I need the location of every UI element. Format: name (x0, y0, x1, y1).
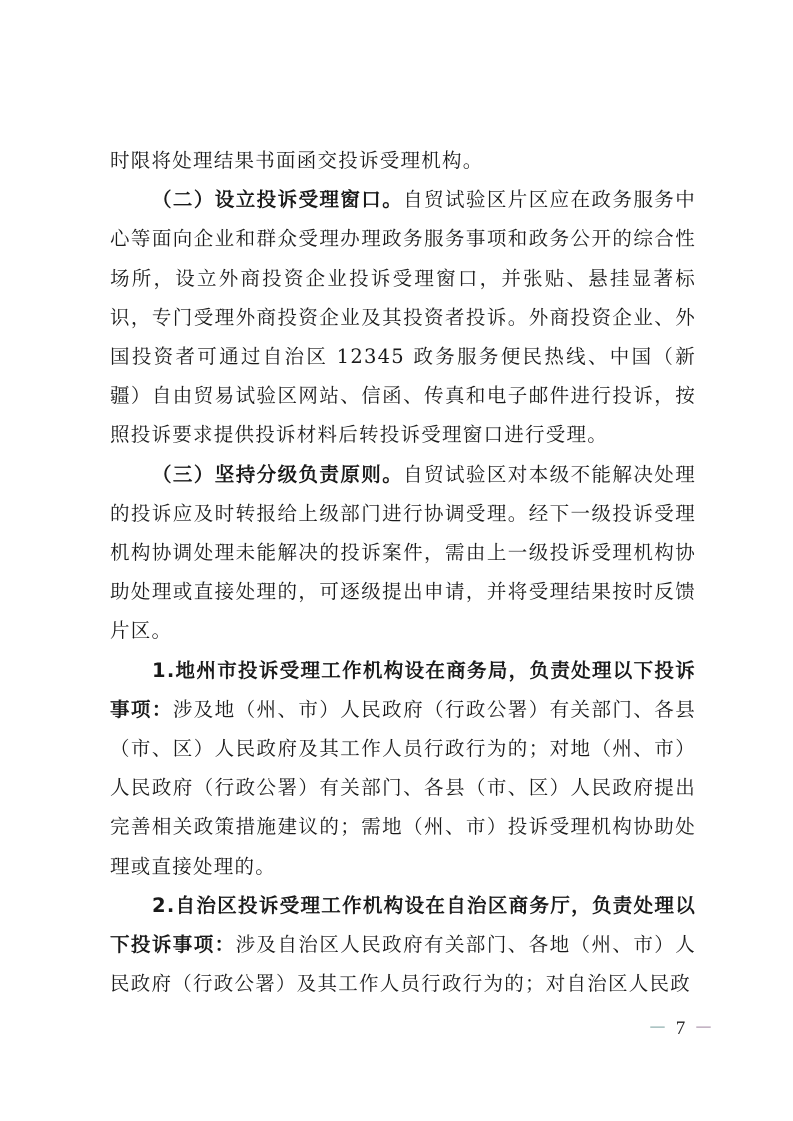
document-page: 时限将处理结果书面函交投诉受理机构。 （二）设立投诉受理窗口。自贸试验区片区应在… (0, 0, 793, 1121)
page-number-dash-left: － (648, 1018, 669, 1039)
paragraph-tiered-responsibility: （三）坚持分级负责原则。自贸试验区对本级不能解决处理的投诉应及时转报给上级部门进… (110, 455, 696, 651)
paragraph-prefecture-agency: 1.地州市投诉受理工作机构设在商务局，负责处理以下投诉事项：涉及地（州、市）人民… (110, 651, 696, 886)
paragraph-autonomous-region-agency: 2.自治区投诉受理工作机构设在自治区商务厅，负责处理以下投诉事项：涉及自治区人民… (110, 886, 696, 1004)
page-number-dash-right: － (694, 1018, 715, 1039)
paragraph-text: 自贸试验区片区应在政务服务中心等面向企业和群众受理办理政务服务事项和政务公开的综… (110, 188, 696, 446)
paragraph-complaint-window: （二）设立投诉受理窗口。自贸试验区片区应在政务服务中心等面向企业和群众受理办理政… (110, 180, 696, 454)
page-number: － 7 － (648, 1013, 715, 1040)
page-number-value: 7 (676, 1018, 688, 1039)
section-heading: （三）坚持分级负责原则。 (152, 463, 403, 486)
document-body: 时限将处理结果书面函交投诉受理机构。 （二）设立投诉受理窗口。自贸试验区片区应在… (110, 141, 696, 1003)
paragraph-text: 自贸试验区对本级不能解决处理的投诉应及时转报给上级部门进行协调受理。经下一级投诉… (110, 463, 696, 643)
paragraph-text: 时限将处理结果书面函交投诉受理机构。 (110, 149, 484, 172)
section-heading: （二）设立投诉受理窗口。 (152, 188, 403, 211)
paragraph-text: 涉及地（州、市）人民政府（行政公署）有关部门、各县（市、区）人民政府及其工作人员… (110, 698, 696, 878)
paragraph-continuation: 时限将处理结果书面函交投诉受理机构。 (110, 141, 696, 180)
